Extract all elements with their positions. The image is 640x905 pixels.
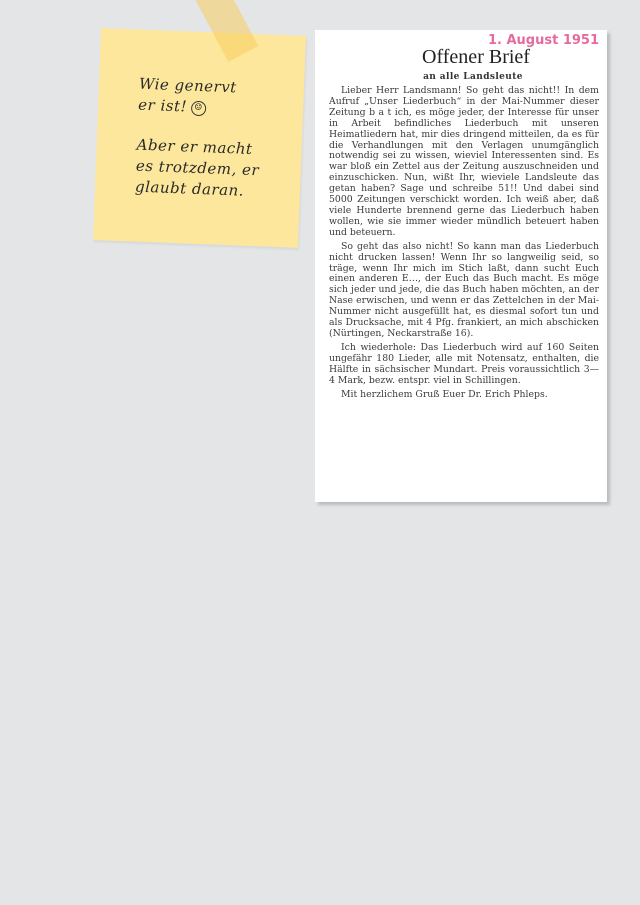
article-body: Lieber Herr Landsmann! So geht das nicht… bbox=[329, 86, 599, 404]
article-title: Offener Brief bbox=[315, 46, 607, 69]
article-paragraph: So geht das also nicht! So kann man das … bbox=[329, 242, 599, 340]
article-signature: Mit herzlichem Gruß Euer Dr. Erich Phlep… bbox=[329, 390, 599, 401]
smiley-icon: ☺ bbox=[191, 100, 207, 116]
sticky-note: Wie genervt er ist!☺ Aber er macht es tr… bbox=[93, 28, 306, 248]
article-paragraph: Lieber Herr Landsmann! So geht das nicht… bbox=[329, 86, 599, 239]
article-paragraph: Ich wiederhole: Das Liederbuch wird auf … bbox=[329, 343, 599, 387]
newspaper-clipping: 1. August 1951 Offener Brief an alle Lan… bbox=[315, 30, 607, 502]
note-line: er ist!☺ bbox=[138, 95, 262, 121]
article-subtitle: an alle Landsleute bbox=[315, 72, 607, 82]
note-line: glaubt daran. bbox=[135, 177, 259, 203]
handwritten-note: Wie genervt er ist!☺ Aber er macht es tr… bbox=[134, 74, 263, 222]
